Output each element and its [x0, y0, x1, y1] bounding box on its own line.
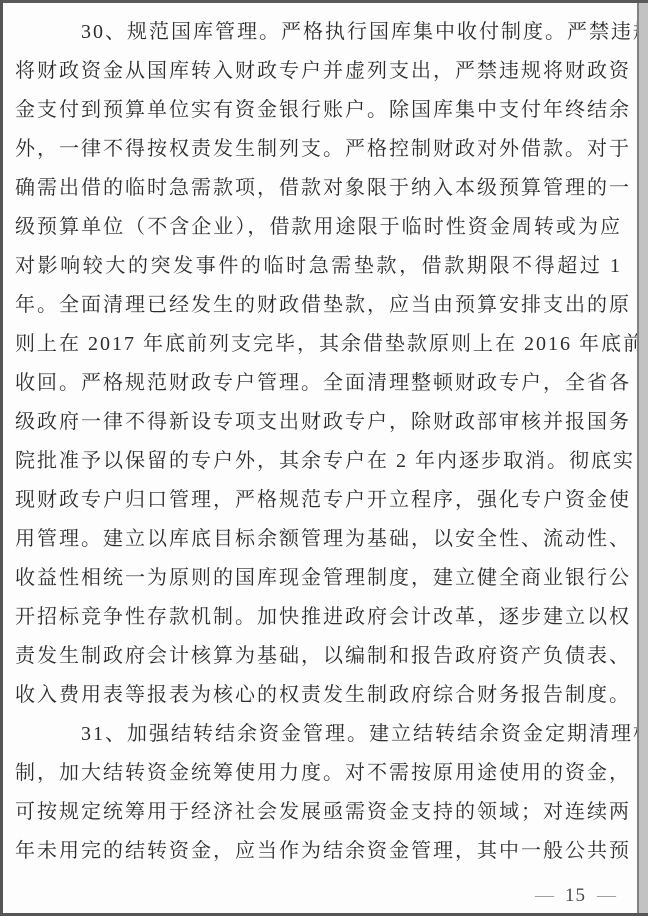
scan-right-edge	[637, 3, 648, 913]
text-line: 开招标竞争性存款机制。加快推进政府会计改革，逐步建立以权	[15, 598, 622, 637]
footer-dash-right: —	[597, 885, 616, 907]
text-line: 用管理。建立以库底目标余额管理为基础，以安全性、流动性、	[15, 520, 622, 559]
text-line-item-31-start: 31、加强结转结余资金管理。建立结转结余资金定期清理机	[15, 715, 622, 754]
text-line: 收回。严格规范财政专户管理。全面清理整顿财政专户，全省各	[15, 364, 622, 403]
text-line-item-30-start: 30、规范国库管理。严格执行国库集中收付制度。严禁违规	[15, 13, 622, 52]
text-line: 可按规定统筹用于经济社会发展亟需资金支持的领域；对连续两	[15, 793, 622, 832]
text-line: 级预算单位（不含企业），借款用途限于临时性资金周转或为应	[15, 208, 622, 247]
text-line: 年未用完的结转资金，应当作为结余资金管理，其中一般公共预	[15, 832, 622, 871]
text-line: 收入费用表等报表为核心的权责发生制政府综合财务报告制度。	[15, 676, 622, 715]
page-number: 15	[565, 885, 586, 907]
text-line: 责发生制政府会计核算为基础，以编制和报告政府资产负债表、	[15, 637, 622, 676]
text-line: 将财政资金从国库转入财政专户并虚列支出，严禁违规将财政资	[15, 52, 622, 91]
scanned-document-page: 30、规范国库管理。严格执行国库集中收付制度。严禁违规 将财政资金从国库转入财政…	[0, 0, 648, 916]
text-line: 年。全面清理已经发生的财政借垫款，应当由预算安排支出的原	[15, 286, 622, 325]
text-line: 收益性相统一为原则的国库现金管理制度，建立健全商业银行公	[15, 559, 622, 598]
text-line: 现财政专户归口管理，严格规范专户开立程序，强化专户资金使	[15, 481, 622, 520]
text-line: 金支付到预算单位实有资金银行账户。除国库集中支付年终结余	[15, 91, 622, 130]
text-line: 确需出借的临时急需款项，借款对象限于纳入本级预算管理的一	[15, 169, 622, 208]
text-line: 外，一律不得按权责发生制列支。严格控制财政对外借款。对于	[15, 130, 622, 169]
text-line: 则上在 2017 年底前列支完毕，其余借垫款原则上在 2016 年底前	[15, 325, 622, 364]
page-footer: — 15 —	[535, 885, 616, 907]
text-line: 对影响较大的突发事件的临时急需垫款，借款期限不得超过 1	[15, 247, 622, 286]
document-body-text: 30、规范国库管理。严格执行国库集中收付制度。严禁违规 将财政资金从国库转入财政…	[15, 13, 622, 871]
text-line: 级政府一律不得新设专项支出财政专户，除财政部审核并报国务	[15, 403, 622, 442]
text-line: 制，加大结转资金统筹使用力度。对不需按原用途使用的资金，	[15, 754, 622, 793]
text-line: 院批准予以保留的专户外，其余专户在 2 年内逐步取消。彻底实	[15, 442, 622, 481]
footer-dash-left: —	[535, 885, 554, 907]
